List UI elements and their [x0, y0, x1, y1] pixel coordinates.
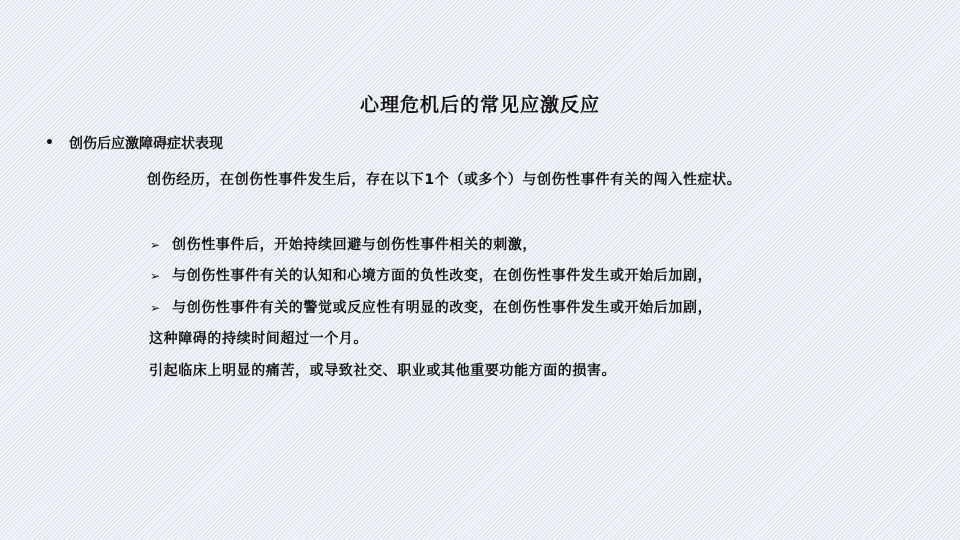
arrow-item-text: 与创伤性事件有关的警觉或反应性有明显的改变，在创伤性事件发生或开始后加剧，: [172, 300, 712, 316]
slide-title: 心理危机后的常见应激反应: [0, 90, 960, 117]
arrow-bullet-icon: ➢: [150, 269, 172, 283]
duration-text: 这种障碍的持续时间超过一个月。: [149, 328, 368, 348]
arrow-item-1: ➢创伤性事件后，开始持续回避与创伤性事件相关的刺激，: [150, 234, 537, 254]
arrow-item-2: ➢与创伤性事件有关的认知和心境方面的负性改变，在创伤性事件发生或开始后加剧，: [150, 265, 712, 285]
intro-text: 创伤经历，在创伤性事件发生后，存在以下1个（或多个）与创伤性事件有关的闯入性症状…: [147, 169, 741, 189]
bullet-icon: •: [45, 135, 69, 151]
arrow-item-text: 与创伤性事件有关的认知和心境方面的负性改变，在创伤性事件发生或开始后加剧，: [172, 268, 712, 284]
arrow-item-3: ➢与创伤性事件有关的警觉或反应性有明显的改变，在创伤性事件发生或开始后加剧，: [150, 297, 712, 317]
arrow-bullet-icon: ➢: [150, 301, 172, 315]
bullet-heading-row: • 创伤后应激障碍症状表现: [45, 133, 223, 153]
bullet-heading: 创伤后应激障碍症状表现: [69, 133, 223, 153]
arrow-bullet-icon: ➢: [150, 238, 172, 252]
arrow-item-text: 创伤性事件后，开始持续回避与创伤性事件相关的刺激，: [172, 237, 537, 253]
impairment-text: 引起临床上明显的痛苦，或导致社交、职业或其他重要功能方面的损害。: [149, 360, 616, 380]
